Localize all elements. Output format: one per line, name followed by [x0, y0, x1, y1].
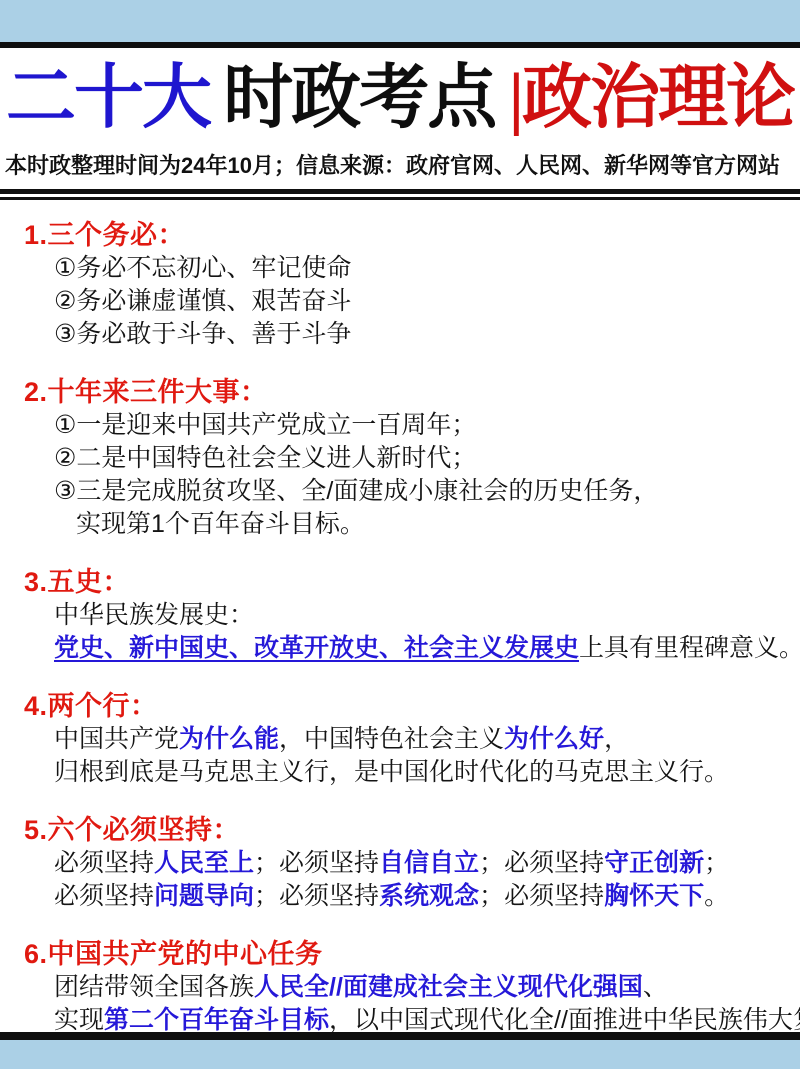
text-segment: 人民至上 — [154, 849, 254, 877]
text-segment: 必须坚持 — [54, 849, 154, 877]
sections: 1.三个务必：①务必不忘初心、牢记使命②务必谦虚谨慎、艰苦奋斗③务必敢于斗争、善… — [0, 200, 800, 1037]
text-segment: ，中国特色社会主义 — [279, 725, 504, 753]
section: 2.十年来三件大事：①一是迎来中国共产党成立一百周年；②二是中国特色社会全义进人… — [0, 375, 800, 541]
text-segment: 中华民族发展史： — [54, 601, 254, 629]
bottom-black-bar — [0, 1032, 800, 1040]
text-segment: 必须坚持 — [54, 882, 154, 910]
section-heading: 3.五史： — [0, 565, 800, 599]
text-segment: 上具有里程碑意义。 — [579, 634, 800, 662]
section-heading: 1.三个务必： — [0, 218, 800, 252]
title-segment-black: 时政考点 — [223, 64, 495, 134]
section-heading: 5.六个必须坚持： — [0, 813, 800, 847]
text-segment: 团结带领全国各族 — [54, 973, 254, 1001]
text-segment: 、 — [643, 973, 668, 1001]
header-divider — [0, 189, 800, 200]
text-segment: ；必须坚持 — [479, 849, 604, 877]
text-segment: 守正创新 — [604, 849, 704, 877]
text-segment: 党史、新中国史、改革开放史、社会主义发展史 — [54, 634, 579, 662]
text-segment: ；必须坚持 — [479, 882, 604, 910]
body-line: 实现第1个百年奋斗目标。 — [0, 508, 800, 541]
text-segment: 为什么好 — [504, 725, 604, 753]
title-segment-blue: 二十大 — [6, 64, 210, 134]
text-segment: ；必须坚持 — [254, 882, 379, 910]
text-segment: 归根到底是马克思主义行，是中国化时代化的马克思主义行。 — [54, 758, 729, 786]
text-segment: 实现 — [54, 1006, 104, 1034]
body-line: ①一是迎来中国共产党成立一百周年； — [0, 409, 800, 442]
text-segment: ①务必不忘初心、牢记使命 — [54, 254, 351, 282]
top-blue-band — [0, 0, 800, 42]
text-segment: 实现第1个百年奋斗目标。 — [76, 510, 365, 538]
text-segment: 第二个百年奋斗目标 — [104, 1006, 329, 1034]
section: 3.五史：中华民族发展史：党史、新中国史、改革开放史、社会主义发展史上具有里程碑… — [0, 565, 800, 665]
text-segment: ①一是迎来中国共产党成立一百周年； — [54, 411, 476, 439]
section-heading: 6.中国共产党的中心任务 — [0, 937, 800, 971]
body-line: ②务必谦虚谨慎、艰苦奋斗 — [0, 285, 800, 318]
body-line: 中国共产党为什么能，中国特色社会主义为什么好， — [0, 723, 800, 756]
section: 1.三个务必：①务必不忘初心、牢记使命②务必谦虚谨慎、艰苦奋斗③务必敢于斗争、善… — [0, 218, 800, 351]
text-segment: ；必须坚持 — [254, 849, 379, 877]
subtitle-source-note: 本时政整理时间为24年10月；信息来源：政府官网、人民网、新华网等官方网站 — [0, 149, 800, 189]
body-line: 团结带领全国各族人民全//面建成社会主义现代化强国、 — [0, 971, 800, 1004]
section: 5.六个必须坚持：必须坚持人民至上；必须坚持自信自立；必须坚持守正创新；必须坚持… — [0, 813, 800, 913]
text-segment: ， — [604, 725, 629, 753]
page-title: 二十大 时政考点 |政治理论 — [0, 48, 800, 149]
body-line: ③务必敢于斗争、善于斗争 — [0, 318, 800, 351]
section: 6.中国共产党的中心任务团结带领全国各族人民全//面建成社会主义现代化强国、实现… — [0, 937, 800, 1037]
text-segment: 胸怀天下 — [604, 882, 704, 910]
text-segment: 。 — [704, 882, 729, 910]
text-segment: 为什么能 — [179, 725, 279, 753]
text-segment: 人民全//面建成社会主义现代化强国 — [254, 973, 643, 1001]
body-line: 必须坚持人民至上；必须坚持自信自立；必须坚持守正创新； — [0, 847, 800, 880]
body-line: ②二是中国特色社会全义进人新时代； — [0, 442, 800, 475]
text-segment: ，以中国式现代化全//面推进中华民族伟大复兴 — [329, 1006, 800, 1034]
body-line: 归根到底是马克思主义行，是中国化时代化的马克思主义行。 — [0, 756, 800, 789]
section-heading: 4.两个行： — [0, 689, 800, 723]
text-segment: 问题导向 — [154, 882, 254, 910]
section: 4.两个行：中国共产党为什么能，中国特色社会主义为什么好，归根到底是马克思主义行… — [0, 689, 800, 789]
body-line: ③三是完成脱贫攻坚、全/面建成小康社会的历史任务， — [0, 475, 800, 508]
body-line: 必须坚持问题导向；必须坚持系统观念；必须坚持胸怀天下。 — [0, 880, 800, 913]
bottom-blue-band — [0, 1040, 800, 1069]
body-line: 中华民族发展史： — [0, 599, 800, 632]
text-segment: 系统观念 — [379, 882, 479, 910]
title-segment-red: |政治理论 — [509, 64, 794, 134]
section-heading: 2.十年来三件大事： — [0, 375, 800, 409]
text-segment: 中国共产党 — [54, 725, 179, 753]
body-line: 党史、新中国史、改革开放史、社会主义发展史上具有里程碑意义。 — [0, 632, 800, 665]
text-segment: ②务必谦虚谨慎、艰苦奋斗 — [54, 287, 351, 315]
text-segment: ； — [704, 849, 729, 877]
text-segment: ②二是中国特色社会全义进人新时代； — [54, 444, 476, 472]
text-segment: ③务必敢于斗争、善于斗争 — [54, 320, 351, 348]
text-segment: 自信自立 — [379, 849, 479, 877]
body-line: ①务必不忘初心、牢记使命 — [0, 252, 800, 285]
text-segment: ③三是完成脱贫攻坚、全/面建成小康社会的历史任务， — [54, 477, 658, 505]
